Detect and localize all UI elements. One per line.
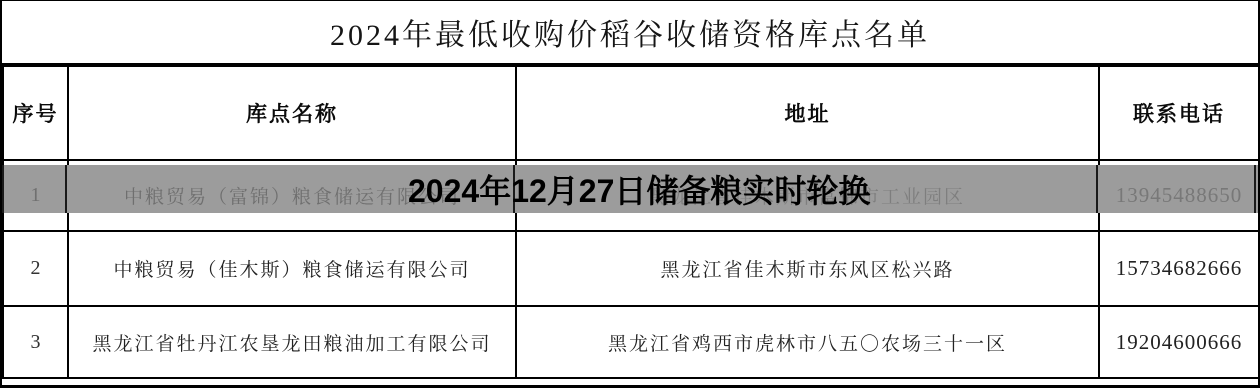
- depot-name: 中粮贸易（佳木斯）粮食储运有限公司: [113, 260, 470, 281]
- page-title: 2024年最低收购价稻谷收储资格库点名单: [2, 1, 1258, 67]
- row-index: 2: [31, 257, 41, 279]
- cell-phone: 19204600666: [1099, 306, 1259, 378]
- watermark-text: 2024年12月27日储备粮实时轮换: [2, 165, 1260, 213]
- cell-name: 黑龙江省牡丹江农垦龙田粮油加工有限公司: [68, 306, 516, 378]
- column-header-name: 库点名称: [68, 67, 516, 160]
- depot-name: 黑龙江省牡丹江农垦龙田粮油加工有限公司: [92, 334, 491, 355]
- cell-index: 3: [3, 306, 68, 378]
- depot-address: 黑龙江省佳木斯市东风区松兴路: [660, 260, 954, 281]
- cell-address: 黑龙江省鸡西市虎林市八五〇农场三十一区: [516, 306, 1099, 378]
- table-row: 3 黑龙江省牡丹江农垦龙田粮油加工有限公司 黑龙江省鸡西市虎林市八五〇农场三十一…: [3, 306, 1259, 378]
- depot-phone: 15734682666: [1116, 256, 1243, 280]
- table-row: 2 中粮贸易（佳木斯）粮食储运有限公司 黑龙江省佳木斯市东风区松兴路 15734…: [3, 231, 1259, 306]
- cell-name: 中粮贸易（佳木斯）粮食储运有限公司: [68, 231, 516, 306]
- column-header-index: 序号: [3, 67, 68, 160]
- cell-phone: 15734682666: [1099, 231, 1259, 306]
- row-index: 3: [31, 331, 41, 353]
- depot-phone: 19204600666: [1116, 330, 1243, 354]
- depot-table: 序号 库点名称 地址 联系电话 1 中粮贸易（富锦）粮食储运有限公司 黑龙江省佳…: [2, 67, 1260, 379]
- column-header-phone: 联系电话: [1099, 67, 1259, 160]
- column-header-address: 地址: [516, 67, 1099, 160]
- depot-address: 黑龙江省鸡西市虎林市八五〇农场三十一区: [608, 334, 1007, 355]
- table-header-row: 序号 库点名称 地址 联系电话: [3, 67, 1259, 160]
- depot-list-screenshot: 2024年最低收购价稻谷收储资格库点名单 序号 库点名称 地址 联系电话 1 中…: [0, 0, 1260, 388]
- cell-index: 2: [3, 231, 68, 306]
- cell-address: 黑龙江省佳木斯市东风区松兴路: [516, 231, 1099, 306]
